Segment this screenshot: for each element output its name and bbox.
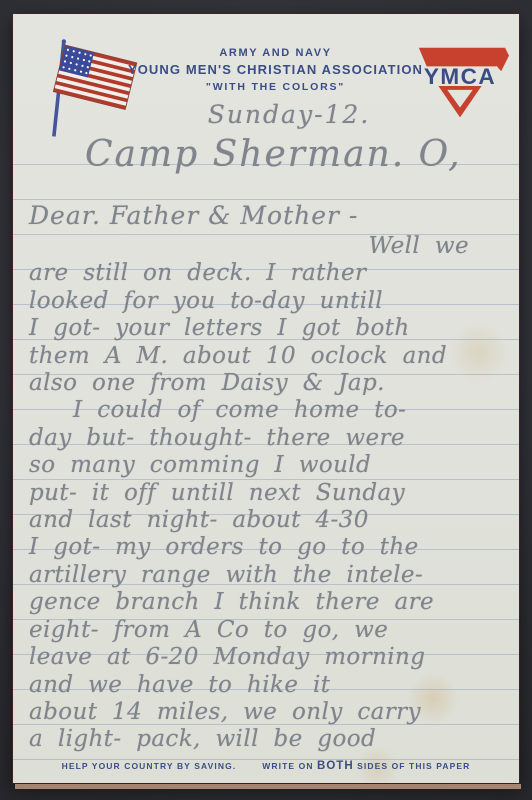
handwriting-line: about 14 miles, we only carry: [29, 699, 511, 726]
handwritten-date: Sunday-12.: [13, 100, 519, 129]
letter-body: Well weare still on deck. I ratherlooked…: [29, 233, 511, 754]
footer-printed-text: HELP YOUR COUNTRY BY SAVING. WRITE ON BO…: [13, 760, 519, 772]
handwriting-line: looked for you to-day untill: [29, 288, 511, 315]
footer-both-sides-notice: WRITE ON BOTH SIDES OF THIS PAPER: [262, 760, 470, 772]
handwriting-line: I could of come home to-: [29, 397, 511, 424]
handwriting-line: I got- my orders to go to the: [29, 534, 511, 561]
handwriting-line: I got- your letters I got both: [29, 315, 511, 342]
letterhead-text-block: ARMY AND NAVY YOUNG MEN'S CHRISTIAN ASSO…: [118, 47, 433, 93]
footer-saving-slogan: HELP YOUR COUNTRY BY SAVING.: [62, 761, 237, 771]
handwritten-place-line: Camp Sherman. O,: [85, 134, 462, 175]
letterhead-line-army-navy: ARMY AND NAVY: [118, 47, 433, 59]
letterhead-line-association: YOUNG MEN'S CHRISTIAN ASSOCIATION: [118, 62, 433, 77]
handwriting-line: them A M. about 10 oclock and: [29, 343, 511, 370]
handwriting-line: day but- thought- there were: [29, 425, 511, 452]
handwriting-line: Well we: [29, 233, 511, 260]
handwriting-line: so many comming I would: [29, 452, 511, 479]
handwriting-line: a light- pack, will be good: [29, 726, 511, 753]
handwritten-salutation: Dear. Father & Mother -: [29, 201, 358, 230]
handwriting-line: leave at 6-20 Monday morning: [29, 644, 511, 671]
handwriting-line: and we have to hike it: [29, 672, 511, 699]
letter-paper: ARMY AND NAVY YOUNG MEN'S CHRISTIAN ASSO…: [13, 14, 519, 783]
ymca-emblem-label: YMCA: [424, 64, 496, 89]
handwriting-line: gence branch I think there are: [29, 589, 511, 616]
handwriting-line: put- it off untill next Sunday: [29, 480, 511, 507]
handwriting-line: are still on deck. I rather: [29, 260, 511, 287]
footer-both-emphasis: BOTH: [317, 760, 354, 772]
handwriting-line: and last night- about 4-30: [29, 507, 511, 534]
letterhead-line-motto: "WITH THE COLORS": [118, 81, 433, 93]
handwriting-line: artillery range with the intele-: [29, 562, 511, 589]
handwriting-line: also one from Daisy & Jap.: [29, 370, 511, 397]
handwriting-line: eight- from A Co to go, we: [29, 617, 511, 644]
